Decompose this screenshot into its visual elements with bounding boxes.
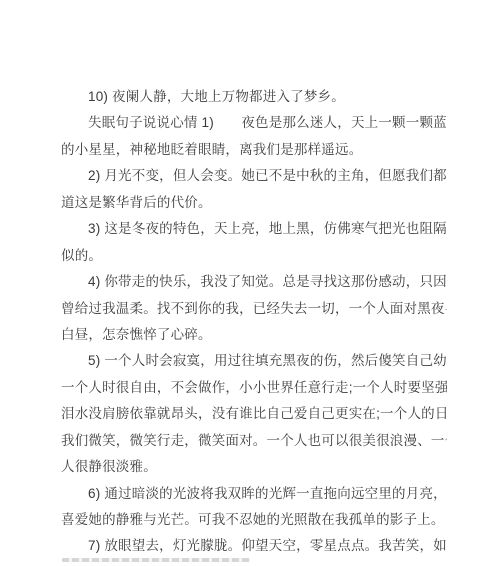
text-line: 6) 通过暗淡的光波将我双眸的光辉一直拖向远空里的月亮，我 [61, 481, 447, 507]
text-line: 一个人时很自由，不会做作，小小世界任意行走;一个人时要坚强， [61, 375, 447, 401]
text-line: 7) 放眼望去，灯光朦胧。仰望天空，零星点点。我苦笑，如此 [61, 533, 447, 559]
text-line: 白昼，怎奈憔悴了心碎。 [61, 322, 447, 348]
text-line: 道这是繁华背后的代价。 [61, 190, 447, 216]
text-line: 曾给过我温柔。找不到你的我，已经失去一切，一个人面对黑夜与 [61, 296, 447, 322]
text-line: 喜爱她的静雅与光芒。可我不忍她的光照散在我孤单的影子上。 [61, 507, 447, 533]
text-line: 我们微笑，微笑行走，微笑面对。一个人也可以很美很浪漫、一个 [61, 428, 447, 454]
text-line: 人很静很淡雅。 [61, 454, 447, 480]
text-line: 5) 一个人时会寂寞，用过往填充黑夜的伤，然后傻笑自己幼稚; [61, 348, 447, 374]
text-block: 10) 夜阑人静，大地上万物都进入了梦乡。失眠句子说说心情 1) 夜色是那么迷人… [61, 84, 447, 560]
text-line: 泪水没肩膀依靠就昂头，没有谁比自己爱自己更实在;一个人的日子 [61, 401, 447, 427]
document-page: 10) 夜阑人静，大地上万物都进入了梦乡。失眠句子说说心情 1) 夜色是那么迷人… [0, 0, 500, 566]
text-line: 4) 你带走的快乐，我没了知觉。总是寻找这那份感动，只因你 [61, 269, 447, 295]
text-line: 3) 这是冬夜的特色，天上亮，地上黑，仿佛寒气把光也阻隔了 [61, 216, 447, 242]
text-line: 失眠句子说说心情 1) 夜色是那么迷人，天上一颗一颗蓝幽幽 [61, 110, 447, 136]
clipped-next-line-remnant [62, 558, 250, 562]
text-line: 似的。 [61, 243, 447, 269]
text-line: 的小星星，神秘地眨着眼睛，离我们是那样遥远。 [61, 137, 447, 163]
text-line: 2) 月光不变，但人会变。她已不是中秋的主角，但愿我们都知 [61, 163, 447, 189]
text-line: 10) 夜阑人静，大地上万物都进入了梦乡。 [61, 84, 447, 110]
